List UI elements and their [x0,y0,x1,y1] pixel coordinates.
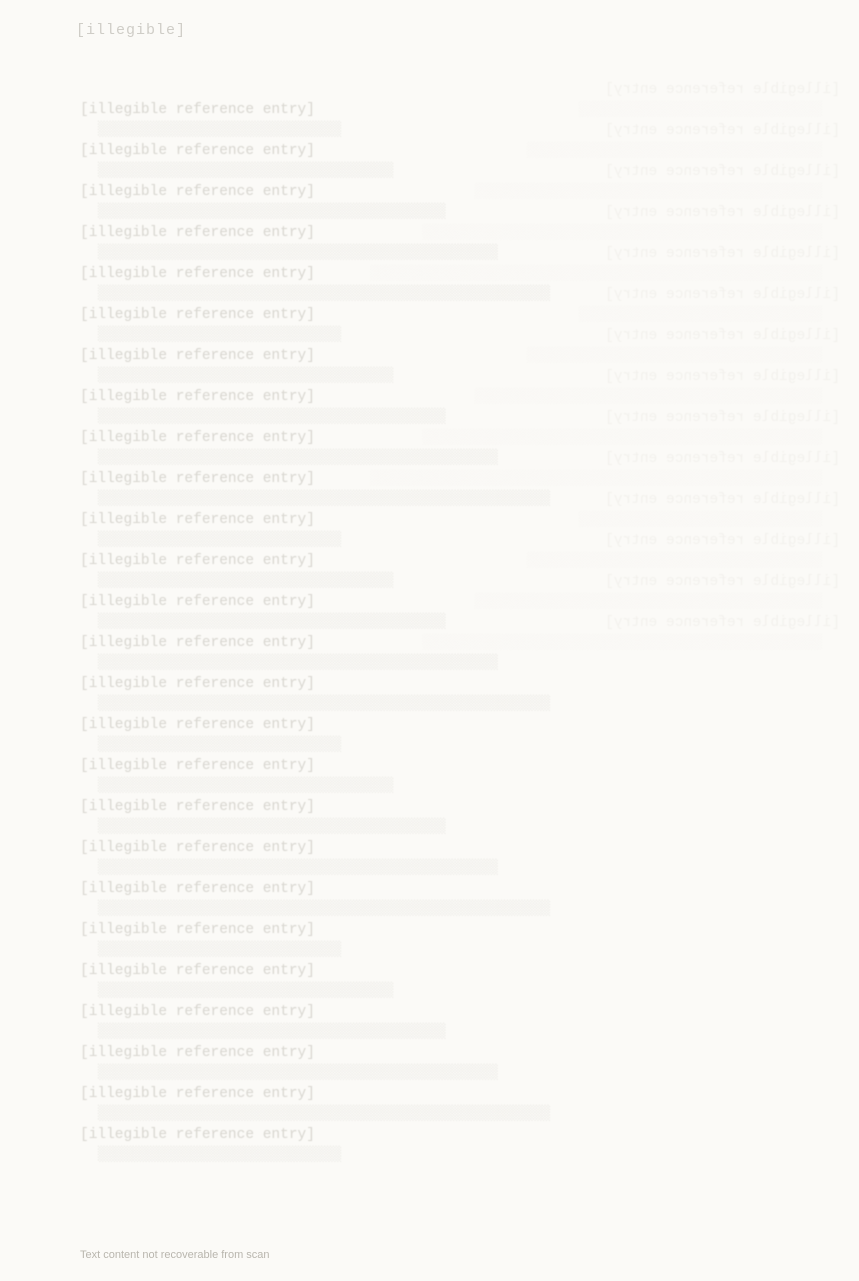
reference-entry: [illegible reference entry] ░░░░░░░░░░░░… [80,141,760,181]
legibility-note: Text content not recoverable from scan [80,1249,270,1261]
reference-entry: [illegible reference entry] ░░░░░░░░░░░░… [80,182,760,222]
reference-entry: [illegible reference entry] ░░░░░░░░░░░░… [80,797,760,837]
reference-entry: [illegible reference entry] ░░░░░░░░░░░░… [80,1084,760,1124]
reference-entry: [illegible reference entry] ░░░░░░░░░░░░… [80,838,760,878]
reference-entry: [illegible reference entry] ░░░░░░░░░░░░… [80,1125,760,1165]
reference-entry: [illegible reference entry] ░░░░░░░░░░░░… [80,1002,760,1042]
reference-list: [illegible reference entry] ░░░░░░░░░░░░… [80,100,760,1166]
reference-entry: [illegible reference entry] ░░░░░░░░░░░░… [80,510,760,550]
reference-entry: [illegible reference entry] ░░░░░░░░░░░░… [80,879,760,919]
reference-entry: [illegible reference entry] ░░░░░░░░░░░░… [80,1043,760,1083]
reference-entry: [illegible reference entry] ░░░░░░░░░░░░… [80,100,760,140]
reference-entry: [illegible reference entry] ░░░░░░░░░░░░… [80,633,760,673]
reference-entry: [illegible reference entry] ░░░░░░░░░░░░… [80,264,760,304]
reference-entry: [illegible reference entry] ░░░░░░░░░░░░… [80,346,760,386]
reference-entry: [illegible reference entry] ░░░░░░░░░░░░… [80,592,760,632]
page-number: [illegible] [76,22,186,39]
reference-entry: [illegible reference entry] ░░░░░░░░░░░░… [80,469,760,509]
reference-entry: [illegible reference entry] ░░░░░░░░░░░░… [80,715,760,755]
reference-entry: [illegible reference entry] ░░░░░░░░░░░░… [80,920,760,960]
reference-entry: [illegible reference entry] ░░░░░░░░░░░░… [80,223,760,263]
reference-entry: [illegible reference entry] ░░░░░░░░░░░░… [80,674,760,714]
reference-entry: [illegible reference entry] ░░░░░░░░░░░░… [80,387,760,427]
reference-entry: [illegible reference entry] ░░░░░░░░░░░░… [80,756,760,796]
reference-entry: [illegible reference entry] ░░░░░░░░░░░░… [80,551,760,591]
reference-entry: [illegible reference entry] ░░░░░░░░░░░░… [80,961,760,1001]
reference-entry: [illegible reference entry] ░░░░░░░░░░░░… [80,428,760,468]
reference-entry: [illegible reference entry] ░░░░░░░░░░░░… [80,305,760,345]
